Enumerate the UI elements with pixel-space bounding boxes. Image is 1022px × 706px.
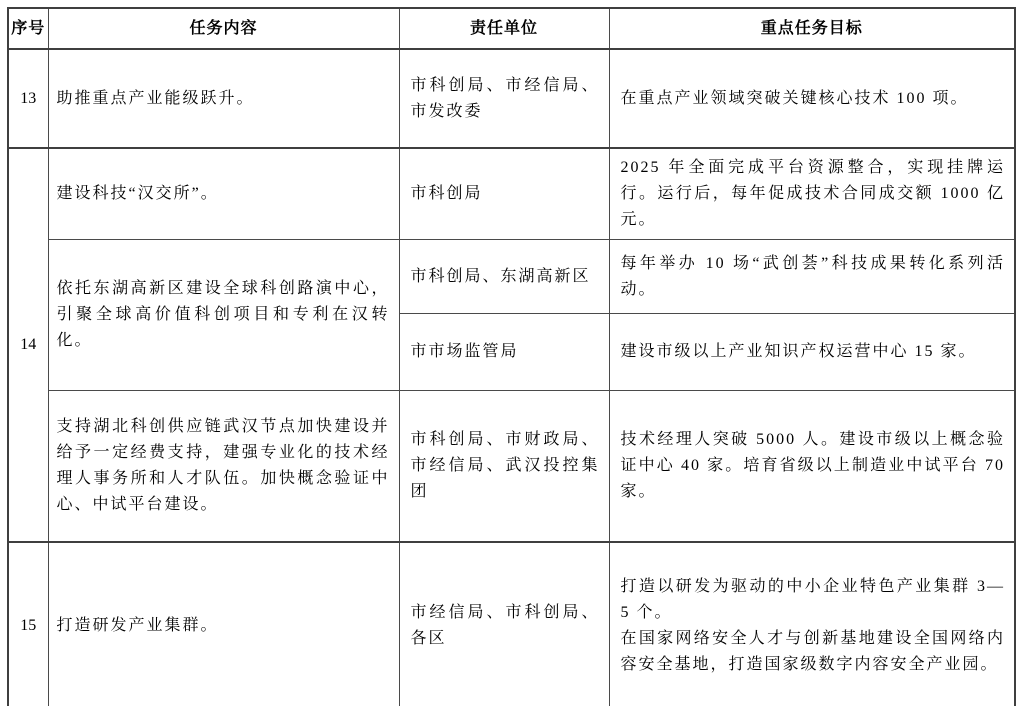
header-key-task-goal: 重点任务目标 [609, 8, 1015, 49]
cell-goal-15: 打造以研发为驱动的中小企业特色产业集群 3—5 个。 在国家网络安全人才与创新基… [609, 542, 1015, 706]
cell-unit-14b2: 市市场监管局 [399, 314, 609, 391]
row-14-sub-b-entry-1: 依托东湖高新区建设全球科创路演中心，引聚全球高价值科创项目和专利在汉转化。 市科… [8, 240, 1015, 314]
cell-task-14a: 建设科技“汉交所”。 [48, 148, 399, 240]
cell-unit-14a: 市科创局 [399, 148, 609, 240]
cell-serial-15: 15 [8, 542, 48, 706]
goal-line-2: 在国家网络安全人才与创新基地建设全国网络内容安全基地，打造国家级数字内容安全产业… [621, 626, 1006, 678]
cell-goal-13: 在重点产业领域突破关键核心技术 100 项。 [609, 49, 1015, 148]
cell-goal-14c: 技术经理人突破 5000 人。建设市级以上概念验证中心 40 家。培育省级以上制… [609, 391, 1015, 542]
cell-unit-14c: 市科创局、市财政局、市经信局、武汉投控集团 [399, 391, 609, 542]
task-table: 序号 任务内容 责任单位 重点任务目标 13 助推重点产业能级跃升。 市科创局、… [7, 7, 1016, 706]
cell-goal-14a: 2025 年全面完成平台资源整合，实现挂牌运行。运行后，每年促成技术合同成交额 … [609, 148, 1015, 240]
cell-task-14c: 支持湖北科创供应链武汉节点加快建设并给予一定经费支持，建强专业化的技术经理人事务… [48, 391, 399, 542]
cell-unit-15: 市经信局、市科创局、各区 [399, 542, 609, 706]
row-14-sub-c: 支持湖北科创供应链武汉节点加快建设并给予一定经费支持，建强专业化的技术经理人事务… [8, 391, 1015, 542]
header-responsible-unit: 责任单位 [399, 8, 609, 49]
document-page: 序号 任务内容 责任单位 重点任务目标 13 助推重点产业能级跃升。 市科创局、… [7, 7, 1016, 706]
row-15: 15 打造研发产业集群。 市经信局、市科创局、各区 打造以研发为驱动的中小企业特… [8, 542, 1015, 706]
header-serial-number: 序号 [8, 8, 48, 49]
header-task-content: 任务内容 [48, 8, 399, 49]
cell-task-14b: 依托东湖高新区建设全球科创路演中心，引聚全球高价值科创项目和专利在汉转化。 [48, 240, 399, 391]
cell-goal-14b2: 建设市级以上产业知识产权运营中心 15 家。 [609, 314, 1015, 391]
cell-serial-13: 13 [8, 49, 48, 148]
cell-unit-13: 市科创局、市经信局、市发改委 [399, 49, 609, 148]
cell-task-13: 助推重点产业能级跃升。 [48, 49, 399, 148]
row-14-sub-a: 14 建设科技“汉交所”。 市科创局 2025 年全面完成平台资源整合，实现挂牌… [8, 148, 1015, 240]
cell-unit-14b1: 市科创局、东湖高新区 [399, 240, 609, 314]
table-header-row: 序号 任务内容 责任单位 重点任务目标 [8, 8, 1015, 49]
cell-serial-14: 14 [8, 148, 48, 542]
cell-task-15: 打造研发产业集群。 [48, 542, 399, 706]
goal-line-1: 打造以研发为驱动的中小企业特色产业集群 3—5 个。 [621, 574, 1006, 626]
row-13: 13 助推重点产业能级跃升。 市科创局、市经信局、市发改委 在重点产业领域突破关… [8, 49, 1015, 148]
cell-goal-14b1: 每年举办 10 场“武创荟”科技成果转化系列活动。 [609, 240, 1015, 314]
